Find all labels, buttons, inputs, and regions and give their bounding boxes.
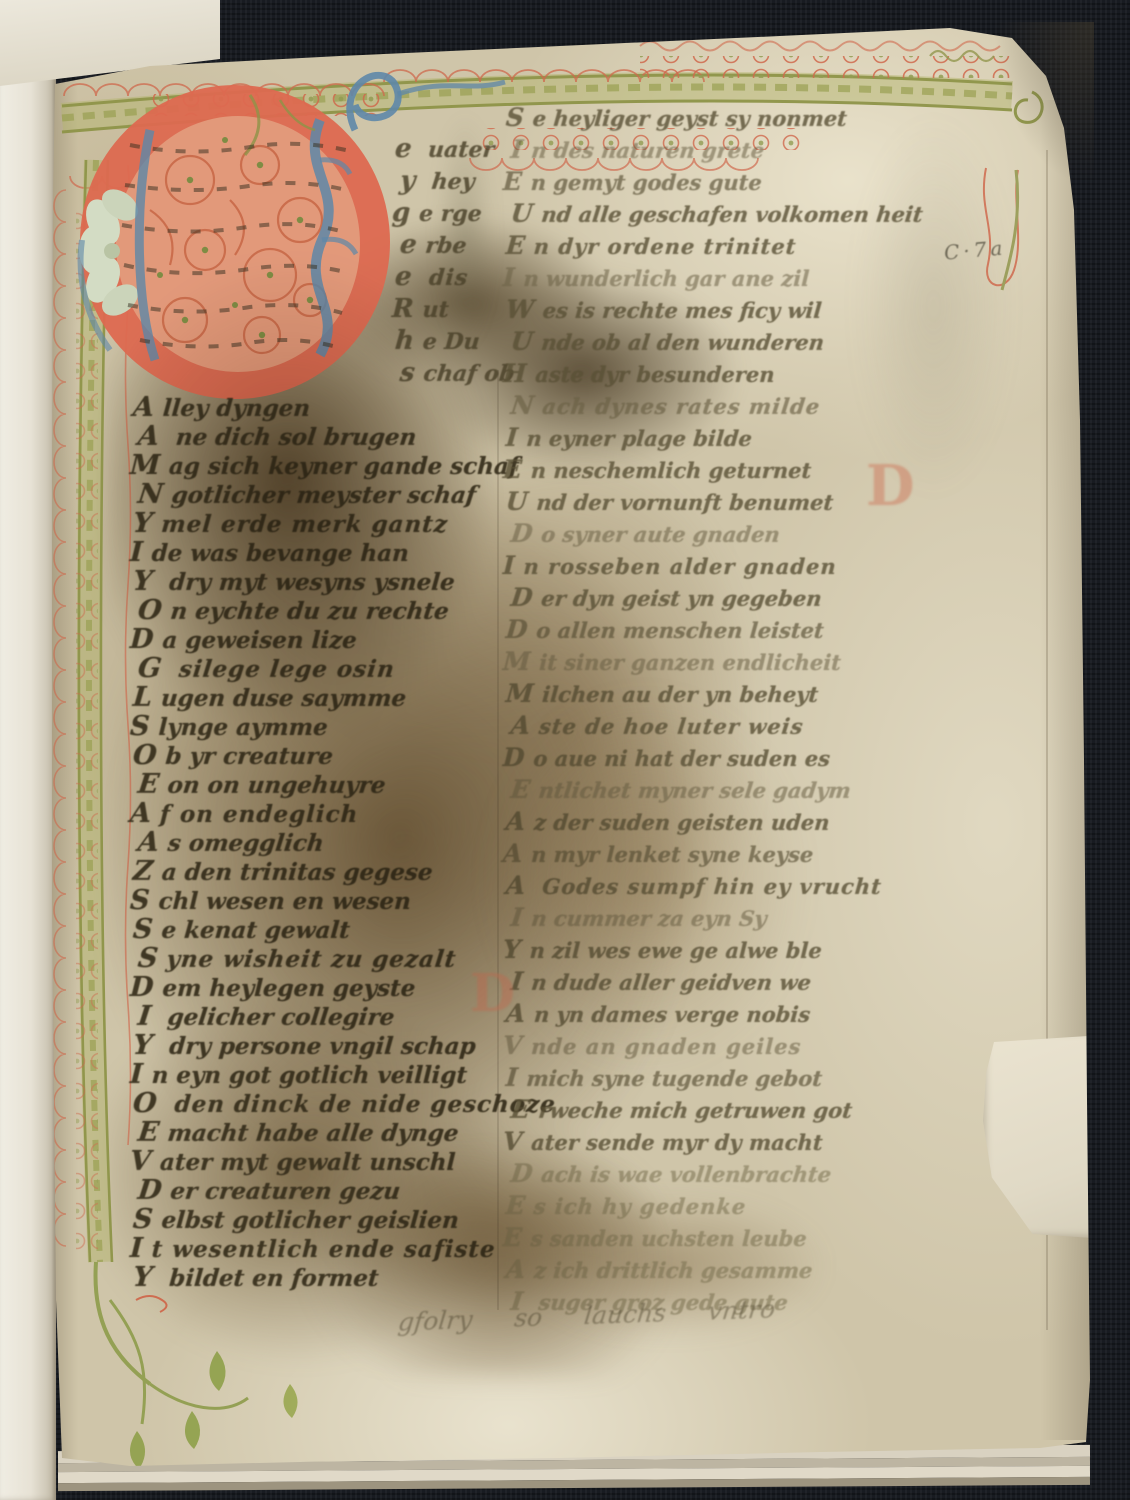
manuscript-text-line: Ymel erde merk gantz	[132, 510, 515, 539]
manuscript-text-line: Se heyliger geyst sy nonmet	[505, 102, 988, 134]
manuscript-text-line: Ob yr creature	[132, 742, 515, 771]
manuscript-text-line: Es sanden uchsten leube	[502, 1222, 984, 1254]
left-column-lines: Alley dyngenA ne dich sol brugenMag sich…	[133, 394, 513, 1293]
manuscript-text-line: ge rge	[391, 198, 511, 230]
manuscript-text-line: Mag sich keyner gande schaf	[129, 452, 511, 481]
manuscript-text-line: Und der vornunft benumet	[505, 486, 988, 518]
manuscript-text-line: Ngotlicher meyster schaf	[136, 481, 520, 510]
manuscript-text-line: Der dyn geist yn gegeben	[509, 582, 993, 614]
manuscript-text-line: he Du	[394, 326, 515, 358]
faded-red-initial: D	[866, 458, 915, 514]
manuscript-text-line: Es ich hy gedenke	[505, 1190, 988, 1222]
manuscript-text-line: Za den trinitas gegese	[132, 858, 515, 887]
manuscript-text-line: Az ich drittlich gesamme	[505, 1254, 988, 1286]
manuscript-text-line: Unde ob al den wunderen	[509, 326, 993, 358]
left-text-column: e uatery heyge rgeerbee disRuthe Duschaf…	[133, 134, 513, 1293]
manuscript-text-line: I gelicher collegire	[136, 1003, 520, 1032]
manuscript-text-line: Und alle geschafen volkomen heit	[509, 198, 993, 230]
manuscript-text-line: Vnde an gnaden geiles	[502, 1030, 984, 1062]
manuscript-text-line: Mit siner ganzen endlicheit	[502, 646, 984, 678]
manuscript-text-line: Rut	[391, 294, 511, 326]
manuscript-text-line: Syne wisheit zu gezalt	[136, 945, 520, 974]
manuscript-text-line: A ne dich sol brugen	[136, 423, 520, 452]
manuscript-text-line: Dach is wae vollenbrachte	[509, 1158, 993, 1190]
manuscript-text-line: In cummer za eyn Sy	[509, 902, 993, 934]
manuscript-text-line: An myr lenket syne keyse	[502, 838, 984, 870]
manuscript-text-line: In eyn got gotlich veilligt	[129, 1061, 511, 1090]
manuscript-text-line: Alley dyngen	[132, 394, 515, 423]
manuscript-text-line: On eychte du zu rechte	[136, 597, 520, 626]
manuscript-text-line: Af on endeglich	[129, 800, 511, 829]
repair-patch	[983, 1036, 1093, 1238]
manuscript-text-line: Schl wesen en wesen	[129, 887, 511, 916]
book-fore-edge	[0, 0, 56, 1500]
manuscript-text-line: Der creaturen gezu	[136, 1177, 520, 1206]
manuscript-text-line: In des naturen grete	[509, 134, 993, 166]
manuscript-text-line: Entlichet myner sele gadym	[509, 774, 993, 806]
manuscript-text-line: En gemyt godes gute	[502, 166, 984, 198]
manuscript-text-line: Lugen duse saymme	[132, 684, 515, 713]
manuscript-text-line: As omegglich	[136, 829, 520, 858]
corner-shadow	[990, 22, 1094, 192]
manuscript-text-line: Y dry myt wesyns ysnele	[132, 568, 515, 597]
manuscript-text-line: Aste de hoe luter weis	[509, 710, 993, 742]
manuscript-text-line: Do syner aute gnaden	[509, 518, 993, 550]
manuscript-text-line: Dem heylegen geyste	[129, 974, 511, 1003]
manuscript-text-line: Selbst gotlicher geislien	[132, 1206, 515, 1235]
manuscript-text-line: e dis	[394, 262, 515, 294]
vine-flourish	[95, 1262, 297, 1469]
manuscript-photo: e uatery heyge rgeerbee disRuthe Duschaf…	[0, 0, 1130, 1500]
manuscript-text-line: Yn zil wes ewe ge alwe ble	[502, 934, 984, 966]
manuscript-text-line: Az der suden geisten uden	[505, 806, 988, 838]
manuscript-text-line: In dude aller geidven we	[509, 966, 993, 998]
manuscript-text-line: O den dinck de nide geschoze	[132, 1090, 515, 1119]
shelfmark-note: C·7a	[943, 235, 1007, 264]
manuscript-text-line: En dyr ordene trinitet	[505, 230, 988, 262]
manuscript-text-line: It wesentlich ende safiste	[129, 1235, 511, 1264]
manuscript-text-line: Wes is rechte mes ficy wil	[505, 294, 988, 326]
manuscript-text-line: erbe	[398, 230, 520, 262]
manuscript-text-line: Da geweisen lize	[129, 626, 511, 655]
manuscript-text-line: Vater sende myr dy macht	[502, 1126, 984, 1158]
manuscript-text-line: Emacht habe alle dynge	[136, 1119, 520, 1148]
manuscript-text-line: Do aue ni hat der suden es	[502, 742, 984, 774]
manuscript-text-line: Imich syne tugende gebot	[505, 1062, 988, 1094]
manuscript-text-line: Se kenat gewalt	[132, 916, 515, 945]
manuscript-text-line: Y bildet en formet	[132, 1264, 515, 1293]
manuscript-text-line: Y dry persone vngil schap	[132, 1032, 515, 1061]
manuscript-text-line: Ide was bevange han	[129, 539, 511, 568]
parchment-page: e uatery heyge rgeerbee disRuthe Duschaf…	[0, 0, 1130, 1500]
gutter-shadow	[52, 60, 78, 1460]
manuscript-text-line: In wunderlich gar ane zil	[502, 262, 984, 294]
manuscript-text-line: Erweche mich getruwen got	[509, 1094, 993, 1126]
manuscript-text-line: In rosseben alder gnaden	[502, 550, 984, 582]
manuscript-text-line: Vater myt gewalt unschl	[129, 1148, 511, 1177]
manuscript-text-line: Milchen au der yn beheyt	[505, 678, 988, 710]
manuscript-text-line: Slynge aymme	[129, 713, 511, 742]
initial-wrapped-lines: e uatery heyge rgeerbee disRuthe Duschaf…	[133, 134, 513, 390]
manuscript-text-line: A Godes sumpf hin ey vrucht	[505, 870, 988, 902]
manuscript-text-line: e uater	[394, 134, 515, 166]
manuscript-text-line: Nach dynes rates milde	[509, 390, 993, 422]
manuscript-text-line: Do allen menschen leistet	[505, 614, 988, 646]
right-text-column: Se heyliger geyst sy nonmetIn des nature…	[506, 102, 986, 1318]
manuscript-text-line: G silege lege osin	[136, 655, 520, 684]
manuscript-text-line: An yn dames verge nobis	[505, 998, 988, 1030]
manuscript-text-line: In eyner plage bilde	[505, 422, 988, 454]
manuscript-text-line: Haste dyr besunderen	[502, 358, 984, 390]
faded-red-initial: D	[470, 968, 515, 1020]
manuscript-text-line: Eon on ungehuyre	[136, 771, 520, 800]
